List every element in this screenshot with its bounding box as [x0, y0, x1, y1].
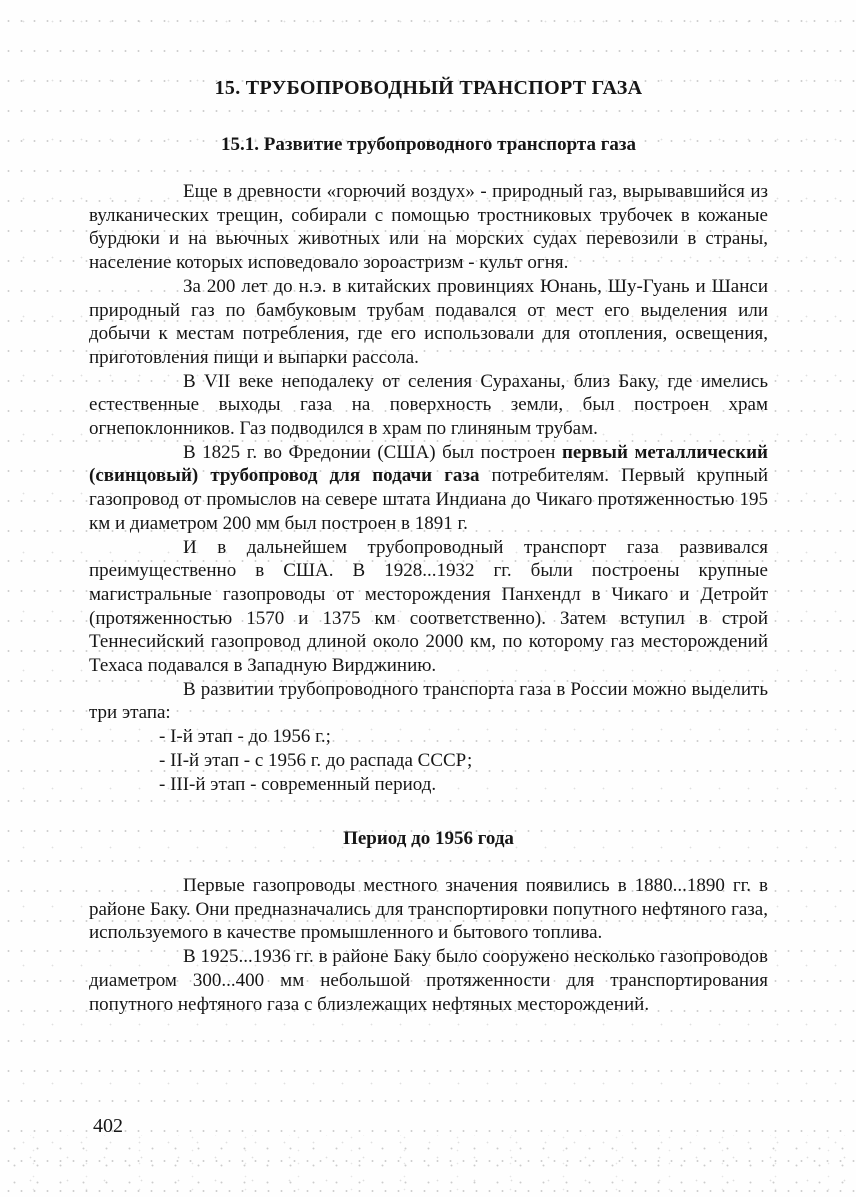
paragraph: Первые газопроводы местного значения поя… — [89, 874, 768, 945]
paragraph: В развитии трубопроводного транспорта га… — [89, 678, 768, 725]
chapter-title: 15. ТРУБОПРОВОДНЫЙ ТРАНСПОРТ ГАЗА — [89, 76, 768, 100]
paragraph: И в дальнейшем трубопроводный транспорт … — [89, 536, 768, 678]
text-segment: - II-й этап - с 1956 г. до распада СССР; — [159, 750, 472, 771]
paragraph: В 1925...1936 гг. в районе Баку было соо… — [89, 945, 768, 1016]
text-segment: В 1925...1936 гг. в районе Баку было соо… — [89, 946, 768, 1014]
scanned-book-page: { "page": { "chapter_title": "15. ТРУБОП… — [0, 0, 856, 1197]
text-segment: В развитии трубопроводного транспорта га… — [89, 679, 768, 724]
text-segment: В VII веке неподалеку от селения Сурахан… — [89, 371, 768, 439]
section-title: 15.1. Развитие трубопроводного транспорт… — [89, 133, 768, 157]
text-segment: - III-й этап - современный период. — [159, 774, 436, 795]
paragraph: В 1825 г. во Фредонии (США) был построен… — [89, 441, 768, 536]
text-segment: В 1825 г. во Фредонии (США) был построен — [183, 442, 562, 463]
stage-list-item: - III-й этап - современный период. — [89, 773, 768, 797]
text-segment: И в дальнейшем трубопроводный транспорт … — [89, 537, 768, 677]
bold-text-segment: Период до 1956 года — [343, 828, 514, 849]
text-segment: Первые газопроводы местного значения поя… — [89, 875, 768, 943]
paragraph: В VII веке неподалеку от селения Сурахан… — [89, 370, 768, 441]
paragraph: За 200 лет до н.э. в китайских провинция… — [89, 275, 768, 370]
text-segment: За 200 лет до н.э. в китайских провинция… — [89, 276, 768, 368]
text-segment: - I-й этап - до 1956 г.; — [159, 726, 331, 747]
scan-noise-bottom-band — [0, 1135, 856, 1197]
text-segment: Еще в древности «горючий воздух» - приро… — [89, 181, 768, 273]
body-text: Еще в древности «горючий воздух» - приро… — [89, 180, 768, 1016]
page-content: 15. ТРУБОПРОВОДНЫЙ ТРАНСПОРТ ГАЗА 15.1. … — [89, 0, 768, 1016]
stage-list-item: - II-й этап - с 1956 г. до распада СССР; — [89, 749, 768, 773]
subsection-heading: Период до 1956 года — [89, 827, 768, 851]
stage-list-item: - I-й этап - до 1956 г.; — [89, 725, 768, 749]
page-number: 402 — [93, 1114, 123, 1138]
paragraph: Еще в древности «горючий воздух» - приро… — [89, 180, 768, 275]
